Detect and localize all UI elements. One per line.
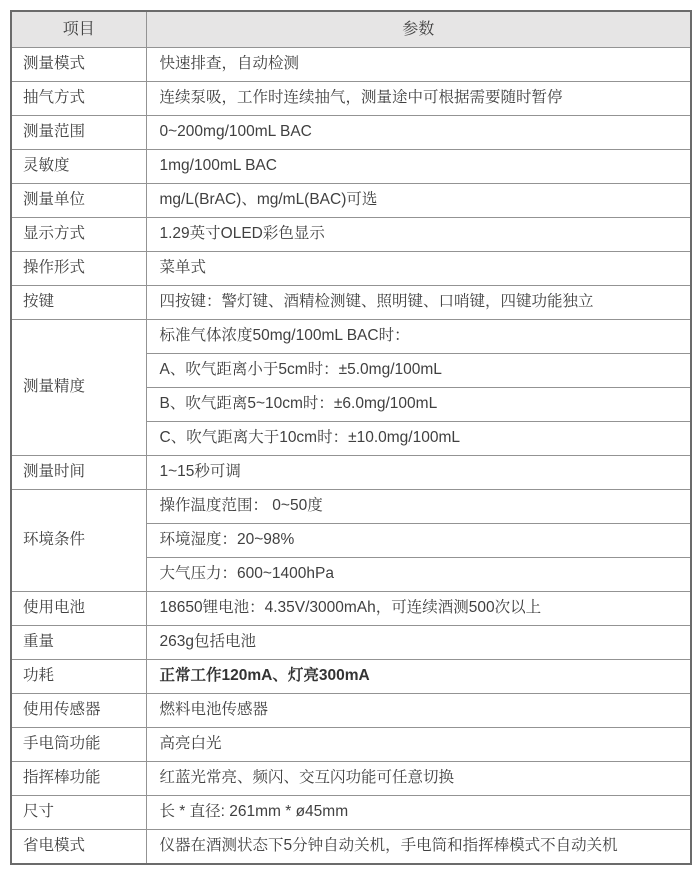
value-weight: 263g包括电池: [146, 626, 691, 660]
header-param: 参数: [146, 11, 691, 48]
value-operation-type: 菜单式: [146, 252, 691, 286]
header-item: 项目: [11, 11, 146, 48]
table-row: 省电模式 仪器在酒测状态下5分钟自动关机，手电筒和指挥棒模式不自动关机: [11, 830, 691, 865]
value-accuracy-b: B、吹气距离5~10cm时：±6.0mg/100mL: [146, 388, 691, 422]
table-row: 测量单位 mg/L(BrAC)、mg/mL(BAC)可选: [11, 184, 691, 218]
value-sensitivity: 1mg/100mL BAC: [146, 150, 691, 184]
value-atmospheric-pressure: 大气压力：600~1400hPa: [146, 558, 691, 592]
value-baton-function: 红蓝光常亮、频闪、交互闪功能可任意切换: [146, 762, 691, 796]
label-power-consumption: 功耗: [11, 660, 146, 694]
value-measurement-time: 1~15秒可调: [146, 456, 691, 490]
label-power-saving-mode: 省电模式: [11, 830, 146, 865]
value-measurement-unit: mg/L(BrAC)、mg/mL(BAC)可选: [146, 184, 691, 218]
value-measurement-range: 0~200mg/100mL BAC: [146, 116, 691, 150]
value-accuracy-condition: 标准气体浓度50mg/100mL BAC时：: [146, 320, 691, 354]
label-pumping-method: 抽气方式: [11, 82, 146, 116]
table-row: 环境条件 操作温度范围： 0~50度: [11, 490, 691, 524]
table-row: 测量时间 1~15秒可调: [11, 456, 691, 490]
table-row: 重量 263g包括电池: [11, 626, 691, 660]
label-baton-function: 指挥棒功能: [11, 762, 146, 796]
value-measurement-mode: 快速排查，自动检测: [146, 48, 691, 82]
table-row: 指挥棒功能 红蓝光常亮、频闪、交互闪功能可任意切换: [11, 762, 691, 796]
label-flashlight-function: 手电筒功能: [11, 728, 146, 762]
value-pumping-method: 连续泵吸，工作时连续抽气，测量途中可根据需要随时暂停: [146, 82, 691, 116]
value-power-saving-mode: 仪器在酒测状态下5分钟自动关机，手电筒和指挥棒模式不自动关机: [146, 830, 691, 865]
spec-table: 项目 参数 测量模式 快速排查，自动检测 抽气方式 连续泵吸，工作时连续抽气，测…: [10, 10, 692, 865]
value-accuracy-c: C、吹气距离大于10cm时：±10.0mg/100mL: [146, 422, 691, 456]
table-row: 抽气方式 连续泵吸，工作时连续抽气，测量途中可根据需要随时暂停: [11, 82, 691, 116]
table-row: 测量精度 标准气体浓度50mg/100mL BAC时：: [11, 320, 691, 354]
label-display-mode: 显示方式: [11, 218, 146, 252]
spec-sheet-page: 项目 参数 测量模式 快速排查，自动检测 抽气方式 连续泵吸，工作时连续抽气，测…: [0, 0, 700, 881]
label-measurement-unit: 测量单位: [11, 184, 146, 218]
value-buttons: 四按键：警灯键、酒精检测键、照明键、口哨键，四键功能独立: [146, 286, 691, 320]
label-buttons: 按键: [11, 286, 146, 320]
value-display-mode: 1.29英寸OLED彩色显示: [146, 218, 691, 252]
label-measurement-mode: 测量模式: [11, 48, 146, 82]
table-row: 测量范围 0~200mg/100mL BAC: [11, 116, 691, 150]
value-humidity: 环境湿度：20~98%: [146, 524, 691, 558]
value-sensor: 燃料电池传感器: [146, 694, 691, 728]
label-measurement-time: 测量时间: [11, 456, 146, 490]
table-row: 尺寸 长 * 直径: 261mm * ø45mm: [11, 796, 691, 830]
label-sensitivity: 灵敏度: [11, 150, 146, 184]
value-dimensions: 长 * 直径: 261mm * ø45mm: [146, 796, 691, 830]
table-row: 测量模式 快速排查，自动检测: [11, 48, 691, 82]
label-measurement-accuracy: 测量精度: [11, 320, 146, 456]
value-battery: 18650锂电池：4.35V/3000mAh，可连续酒测500次以上: [146, 592, 691, 626]
label-weight: 重量: [11, 626, 146, 660]
table-row: 显示方式 1.29英寸OLED彩色显示: [11, 218, 691, 252]
table-row: 灵敏度 1mg/100mL BAC: [11, 150, 691, 184]
label-operation-type: 操作形式: [11, 252, 146, 286]
table-row: 使用电池 18650锂电池：4.35V/3000mAh，可连续酒测500次以上: [11, 592, 691, 626]
label-battery: 使用电池: [11, 592, 146, 626]
table-row: 操作形式 菜单式: [11, 252, 691, 286]
table-row: 按键 四按键：警灯键、酒精检测键、照明键、口哨键，四键功能独立: [11, 286, 691, 320]
value-flashlight-function: 高亮白光: [146, 728, 691, 762]
label-dimensions: 尺寸: [11, 796, 146, 830]
label-sensor: 使用传感器: [11, 694, 146, 728]
value-accuracy-a: A、吹气距离小于5cm时：±5.0mg/100mL: [146, 354, 691, 388]
label-environment-conditions: 环境条件: [11, 490, 146, 592]
value-power-consumption: 正常工作120mA、灯亮300mA: [146, 660, 691, 694]
label-measurement-range: 测量范围: [11, 116, 146, 150]
table-row: 功耗 正常工作120mA、灯亮300mA: [11, 660, 691, 694]
table-row: 手电筒功能 高亮白光: [11, 728, 691, 762]
table-header-row: 项目 参数: [11, 11, 691, 48]
table-row: 使用传感器 燃料电池传感器: [11, 694, 691, 728]
value-operating-temperature: 操作温度范围： 0~50度: [146, 490, 691, 524]
